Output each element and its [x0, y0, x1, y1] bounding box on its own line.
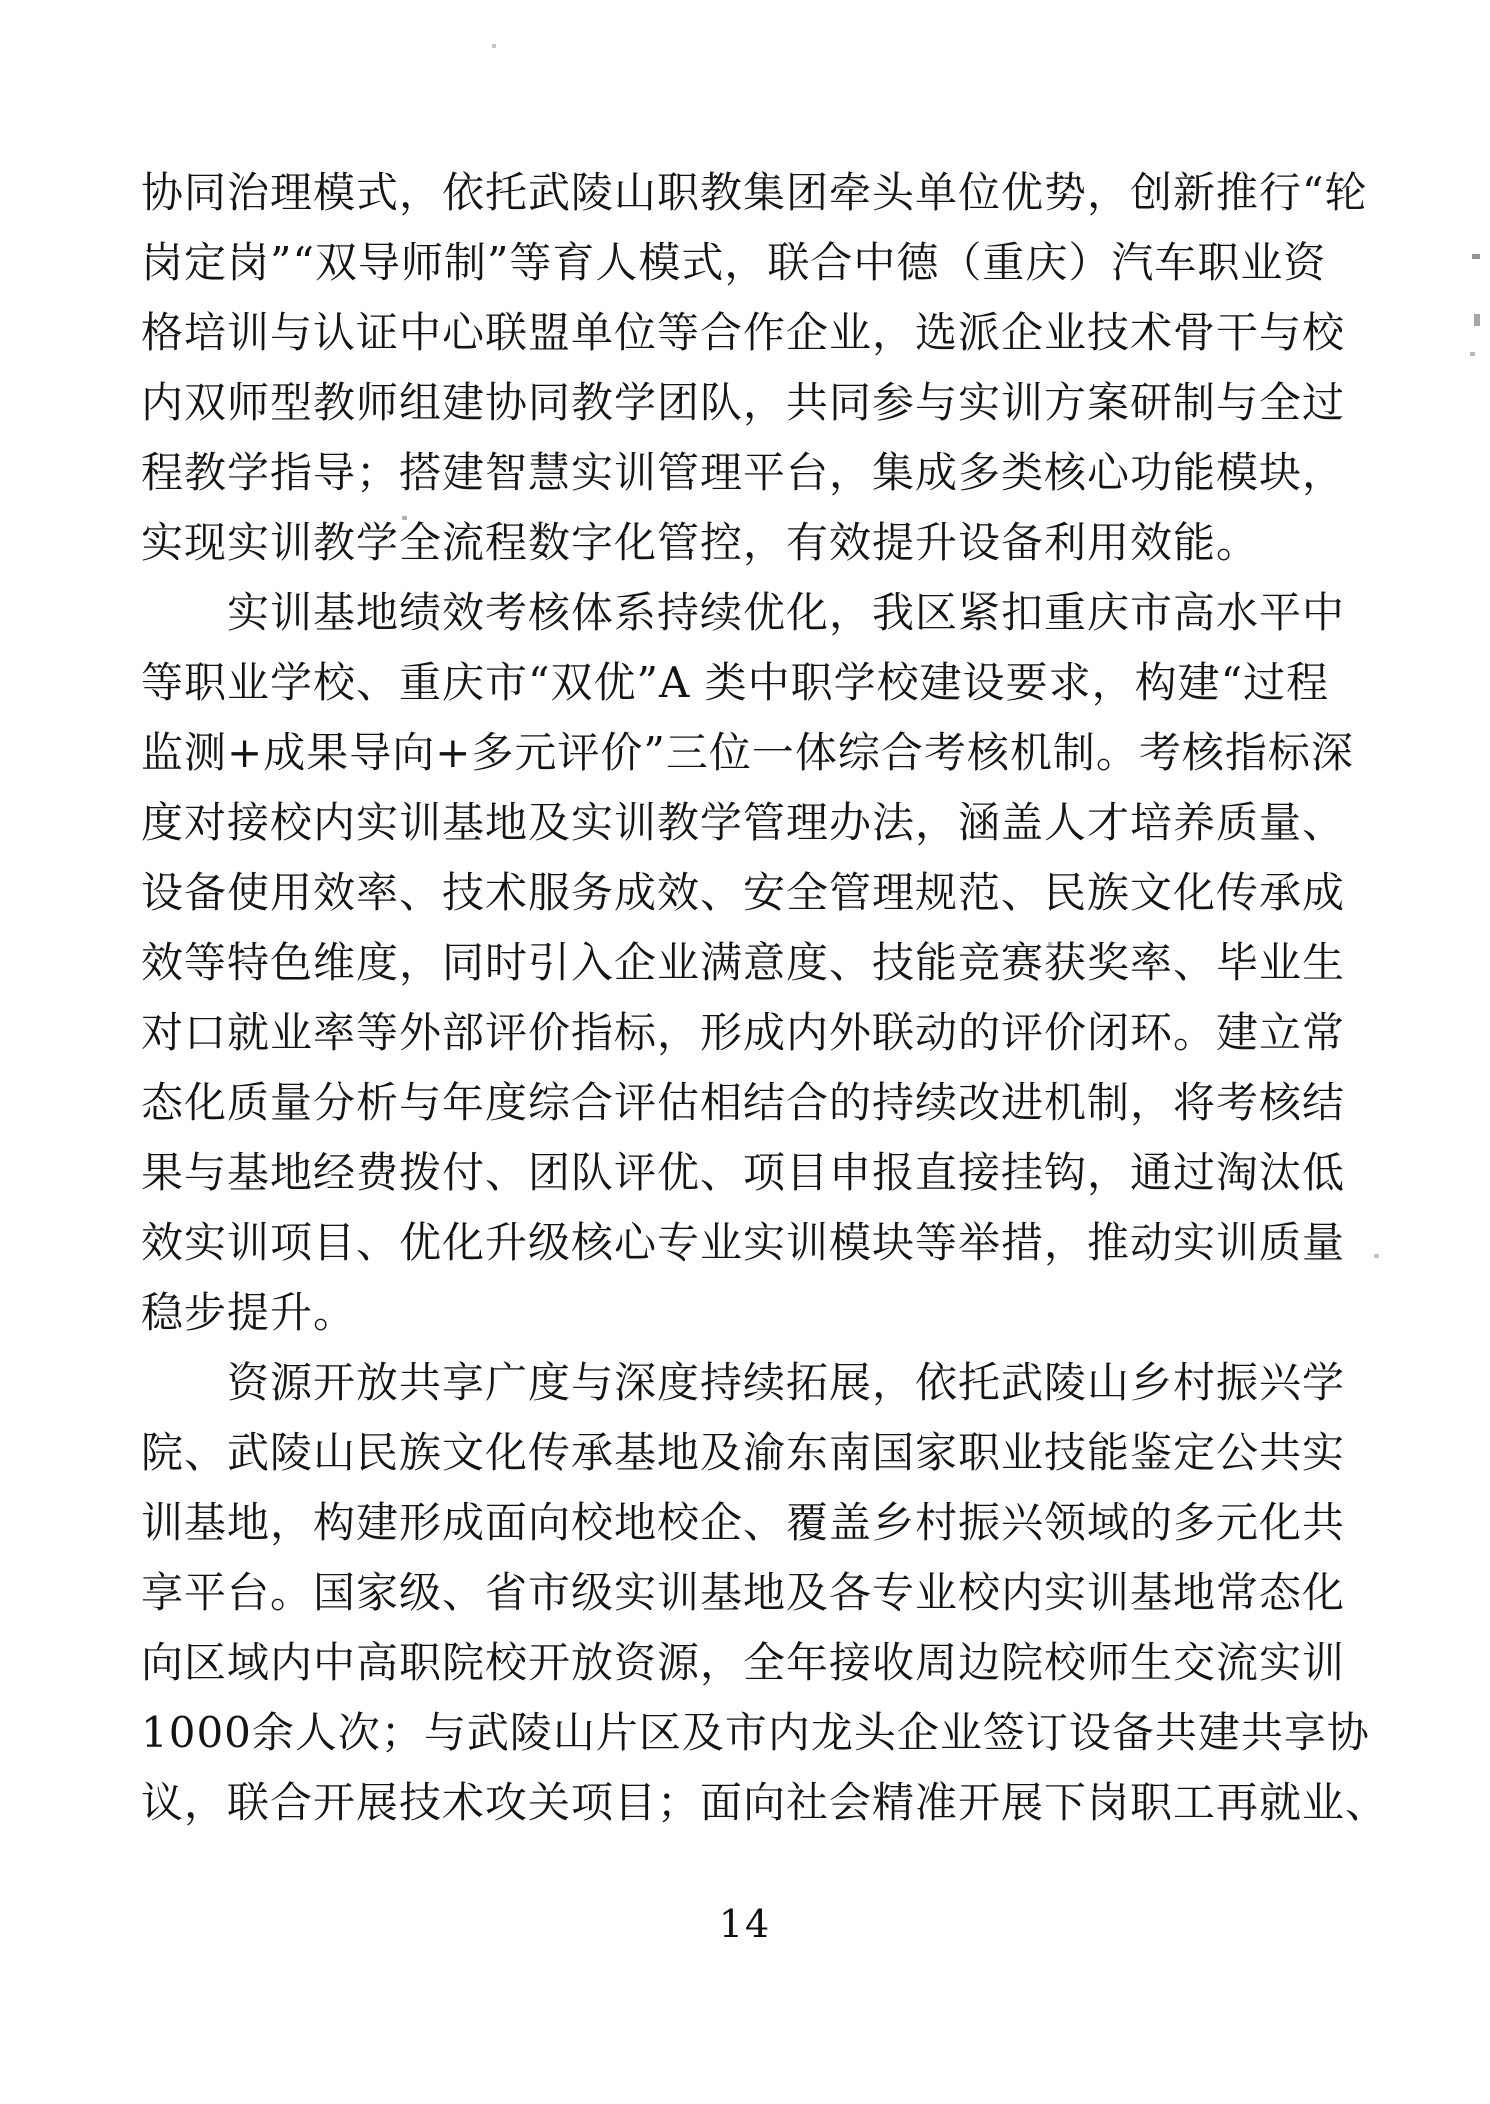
text-line: 内双师型教师组建协同教学团队，共同参与实训方案研制与全过: [141, 368, 1371, 438]
text-line: 岗定岗”“双导师制”等育人模式，联合中德（重庆）汽车职业资: [141, 228, 1371, 298]
paragraph: 协同治理模式，依托武陵山职教集团牵头单位优势，创新推行“轮岗定岗”“双导师制”等…: [141, 158, 1371, 578]
text-line: 设备使用效率、技术服务成效、安全管理规范、民族文化传承成: [141, 858, 1371, 928]
text-line: 协同治理模式，依托武陵山职教集团牵头单位优势，创新推行“轮: [141, 158, 1371, 228]
text-line: 效等特色维度，同时引入企业满意度、技能竞赛获奖率、毕业生: [141, 928, 1371, 998]
scan-speck: [402, 516, 407, 520]
text-line: 实训基地绩效考核体系持续优化，我区紧扣重庆市高水平中: [141, 578, 1371, 648]
scan-speck: [1470, 352, 1475, 356]
text-line: 训基地，构建形成面向校地校企、覆盖乡村振兴领域的多元化共: [141, 1488, 1371, 1558]
scan-speck: [1374, 1254, 1379, 1258]
text-line: 1000余人次；与武陵山片区及市内龙头企业签订设备共建共享协: [141, 1698, 1371, 1768]
text-line: 格培训与认证中心联盟单位等合作企业，选派企业技术骨干与校: [141, 298, 1371, 368]
text-line: 稳步提升。: [141, 1278, 1371, 1348]
scan-speck: [1048, 942, 1052, 946]
text-line: 等职业学校、重庆市“双优”A 类中职学校建设要求，构建“过程: [141, 648, 1371, 718]
document-body: 协同治理模式，依托武陵山职教集团牵头单位优势，创新推行“轮岗定岗”“双导师制”等…: [141, 158, 1371, 1838]
text-line: 度对接校内实训基地及实训教学管理办法，涵盖人才培养质量、: [141, 788, 1371, 858]
text-line: 享平台。国家级、省市级实训基地及各专业校内实训基地常态化: [141, 1558, 1371, 1628]
scanned-document-page: 协同治理模式，依托武陵山职教集团牵头单位优势，创新推行“轮岗定岗”“双导师制”等…: [0, 0, 1490, 2104]
scan-speck: [1472, 254, 1480, 259]
paragraph: 资源开放共享广度与深度持续拓展，依托武陵山乡村振兴学院、武陵山民族文化传承基地及…: [141, 1348, 1371, 1838]
text-line: 资源开放共享广度与深度持续拓展，依托武陵山乡村振兴学: [141, 1348, 1371, 1418]
text-line: 果与基地经费拨付、团队评优、项目申报直接挂钩，通过淘汰低: [141, 1138, 1371, 1208]
scan-speck: [1474, 314, 1480, 326]
text-line: 向区域内中高职院校开放资源，全年接收周边院校师生交流实训: [141, 1628, 1371, 1698]
scan-speck: [294, 1014, 298, 1018]
text-line: 态化质量分析与年度综合评估相结合的持续改进机制，将考核结: [141, 1068, 1371, 1138]
text-line: 院、武陵山民族文化传承基地及渝东南国家职业技能鉴定公共实: [141, 1418, 1371, 1488]
text-line: 对口就业率等外部评价指标，形成内外联动的评价闭环。建立常: [141, 998, 1371, 1068]
scan-speck: [492, 44, 496, 48]
text-line: 程教学指导；搭建智慧实训管理平台，集成多类核心功能模块，: [141, 438, 1371, 508]
text-line: 效实训项目、优化升级核心专业实训模块等举措，推动实训质量: [141, 1208, 1371, 1278]
text-line: 监测+成果导向+多元评价”三位一体综合考核机制。考核指标深: [141, 718, 1371, 788]
paragraph: 实训基地绩效考核体系持续优化，我区紧扣重庆市高水平中等职业学校、重庆市“双优”A…: [141, 578, 1371, 1348]
text-line: 议，联合开展技术攻关项目；面向社会精准开展下岗职工再就业、: [141, 1768, 1371, 1838]
page-number: 14: [0, 1902, 1490, 1946]
text-line: 实现实训教学全流程数字化管控，有效提升设备利用效能。: [141, 508, 1371, 578]
